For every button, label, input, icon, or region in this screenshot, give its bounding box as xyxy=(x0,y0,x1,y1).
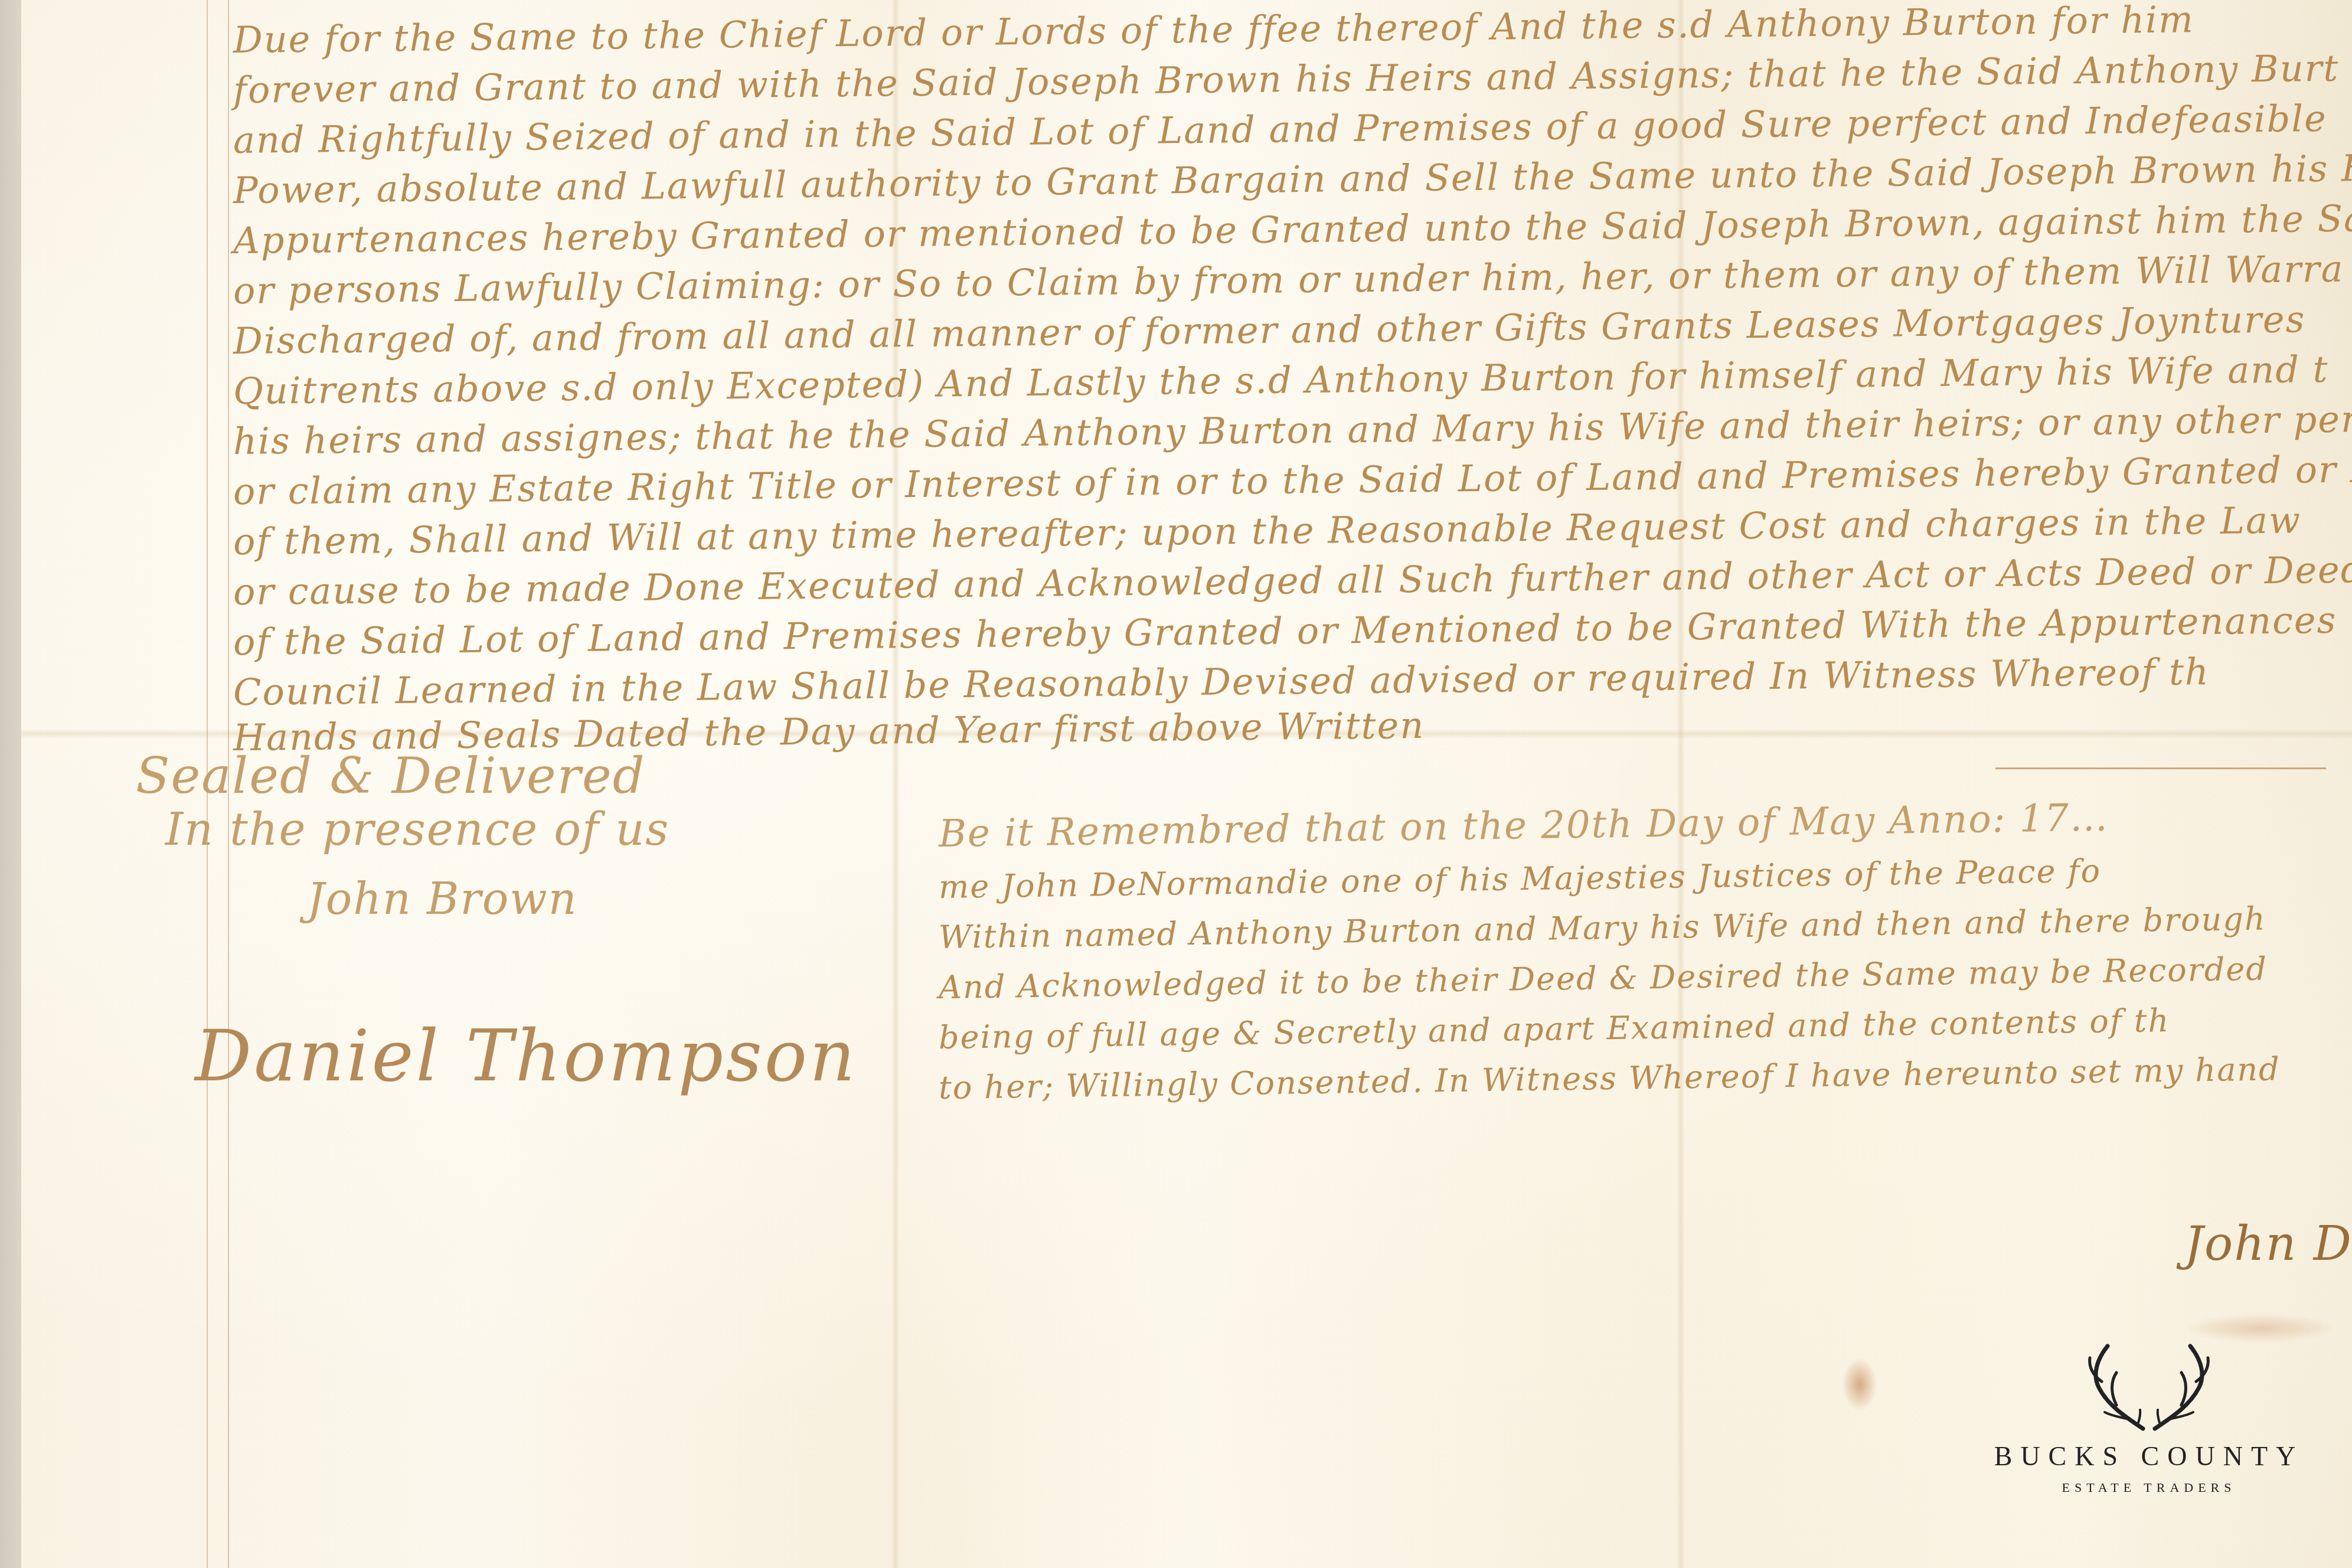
ink-stain xyxy=(1842,1358,1877,1411)
witness-signature: John Brown xyxy=(307,874,577,925)
antlers-icon xyxy=(2084,1340,2214,1435)
background-edge xyxy=(0,0,21,1568)
logo-name: BUCKS COUNTY xyxy=(1990,1440,2308,1472)
witness-signature: Daniel Thompson xyxy=(195,1015,857,1097)
attestation-sealed: Sealed & Delivered xyxy=(136,747,645,805)
justice-signature: John De… xyxy=(2184,1216,2352,1271)
watermark-logo: BUCKS COUNTY ESTATE TRADERS xyxy=(1990,1340,2308,1517)
attestation-presence: In the presence of us xyxy=(165,803,669,855)
ink-stain xyxy=(2184,1314,2338,1343)
logo-subtitle: ESTATE TRADERS xyxy=(1990,1480,2308,1495)
closing-flourish xyxy=(1995,767,2326,769)
